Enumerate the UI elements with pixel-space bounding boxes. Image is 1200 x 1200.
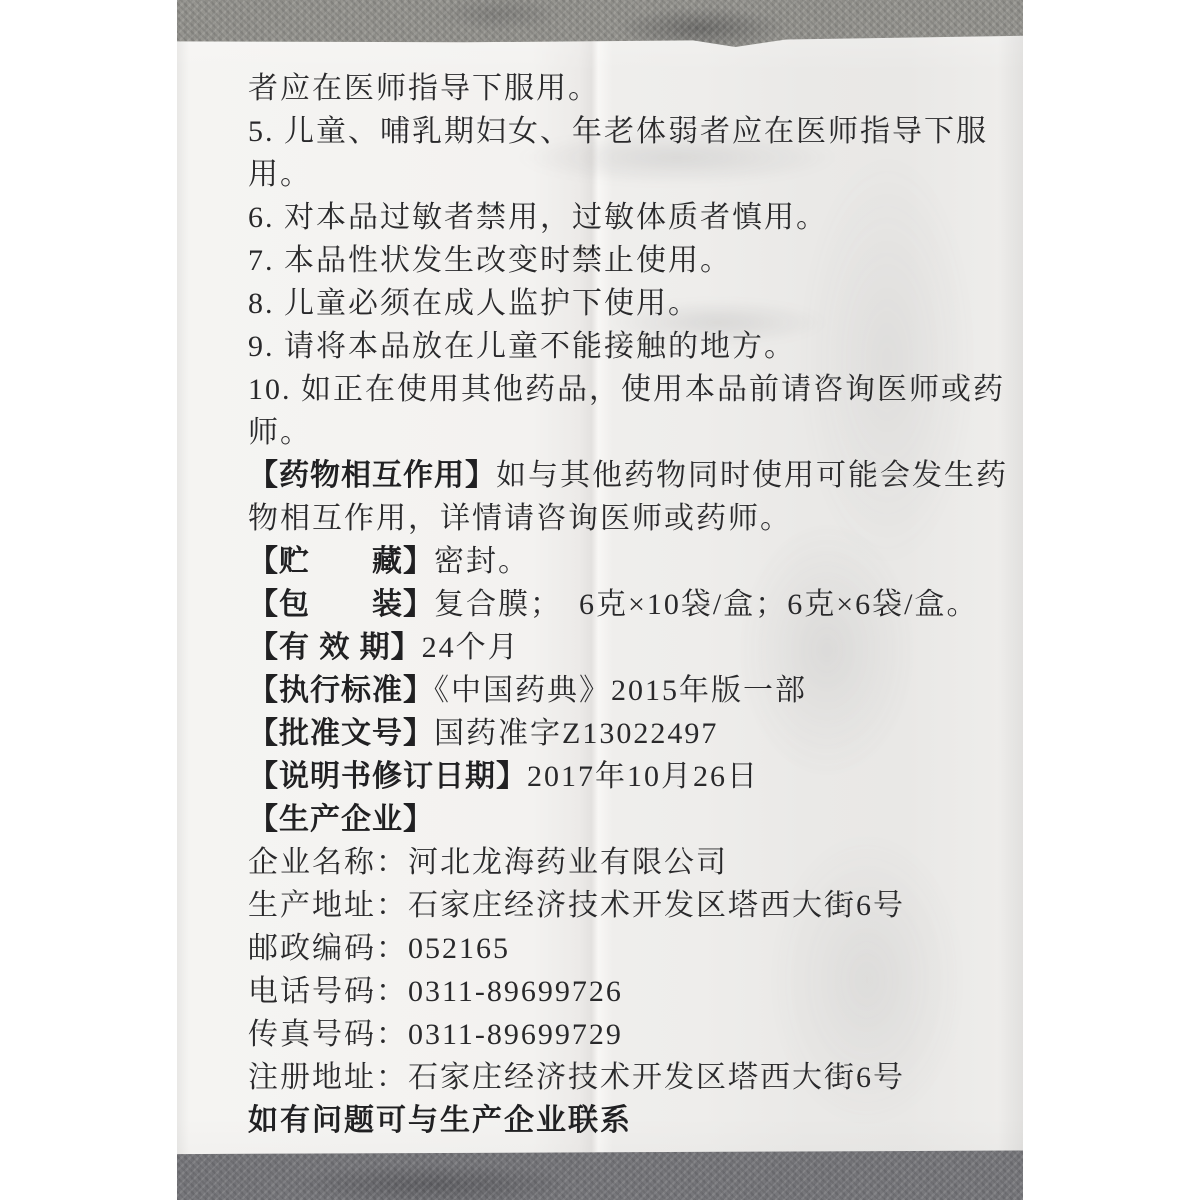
text-line: 用。: [248, 153, 993, 196]
field-value: 6. 对本品过敏者禁用，过敏体质者慎用。: [248, 201, 828, 234]
field-label: 【药物相互作用】: [248, 459, 496, 492]
text-line: 师。: [248, 411, 993, 454]
field-value: 10. 如正在使用其他药品，使用本品前请咨询医师或药: [248, 373, 1005, 406]
text-line: 物相互作用，详情请咨询医师或药师。: [248, 497, 993, 540]
field-value: 师。: [248, 416, 312, 449]
field-label: 【贮 藏】: [248, 545, 434, 578]
text-line: 【执行标准】《中国药典》2015年版一部: [248, 669, 993, 712]
field-value: 传真号码：0311-89699729: [248, 1018, 623, 1051]
field-label: 【说明书修订日期】: [248, 760, 527, 793]
field-value: 24个月: [422, 631, 520, 664]
field-value: 密封。: [434, 545, 530, 578]
text-line: 【有 效 期】24个月: [248, 626, 993, 669]
field-label: 【执行标准】: [248, 674, 434, 707]
insert-photo: 者应在医师指导下服用。5. 儿童、哺乳期妇女、年老体弱者应在医师指导下服用。6.…: [177, 0, 1023, 1200]
text-line: 【批准文号】国药准字Z13022497: [248, 712, 993, 755]
field-label: 【包 装】: [248, 588, 434, 621]
text-line: 6. 对本品过敏者禁用，过敏体质者慎用。: [248, 196, 993, 239]
text-line: 如有问题可与生产企业联系: [248, 1099, 993, 1142]
field-value: 注册地址：石家庄经济技术开发区塔西大街6号: [248, 1061, 905, 1094]
text-line: 5. 儿童、哺乳期妇女、年老体弱者应在医师指导下服: [248, 110, 993, 153]
field-value: 企业名称：河北龙海药业有限公司: [248, 846, 728, 879]
field-value: 电话号码：0311-89699726: [248, 975, 623, 1008]
background-fabric-bottom: [177, 1149, 1023, 1200]
text-line: 传真号码：0311-89699729: [248, 1013, 993, 1056]
field-value: 《中国药典》2015年版一部: [434, 674, 807, 707]
field-value: 者应在医师指导下服用。: [248, 72, 600, 105]
field-label: 【有 效 期】: [248, 631, 422, 664]
text-line: 7. 本品性状发生改变时禁止使用。: [248, 239, 993, 282]
field-value: 用。: [248, 158, 312, 191]
field-label: 【批准文号】: [248, 717, 434, 750]
field-value: 8. 儿童必须在成人监护下使用。: [248, 287, 700, 320]
text-line: 企业名称：河北龙海药业有限公司: [248, 841, 993, 884]
text-line: 电话号码：0311-89699726: [248, 970, 993, 1013]
text-line: 【包 装】复合膜； 6克×10袋/盒；6克×6袋/盒。: [248, 583, 993, 626]
field-value: 2017年10月26日: [527, 760, 759, 793]
screenshot-canvas: 者应在医师指导下服用。5. 儿童、哺乳期妇女、年老体弱者应在医师指导下服用。6.…: [0, 0, 1200, 1200]
field-value: 邮政编码：052165: [248, 932, 510, 965]
text-line: 生产地址：石家庄经济技术开发区塔西大街6号: [248, 884, 993, 927]
text-line: 【药物相互作用】如与其他药物同时使用可能会发生药: [248, 454, 993, 497]
text-line: 注册地址：石家庄经济技术开发区塔西大街6号: [248, 1056, 993, 1099]
field-value: 复合膜； 6克×10袋/盒；6克×6袋/盒。: [434, 588, 979, 621]
field-label: 【生产企业】: [248, 803, 434, 836]
text-line: 8. 儿童必须在成人监护下使用。: [248, 282, 993, 325]
field-value: 如与其他药物同时使用可能会发生药: [496, 459, 1008, 492]
insert-text: 者应在医师指导下服用。5. 儿童、哺乳期妇女、年老体弱者应在医师指导下服用。6.…: [248, 67, 993, 1142]
field-value: 如有问题可与生产企业联系: [248, 1104, 632, 1137]
field-value: 7. 本品性状发生改变时禁止使用。: [248, 244, 732, 277]
text-line: 邮政编码：052165: [248, 927, 993, 970]
field-value: 生产地址：石家庄经济技术开发区塔西大街6号: [248, 889, 905, 922]
field-value: 国药准字Z13022497: [434, 717, 718, 750]
field-value: 物相互作用，详情请咨询医师或药师。: [248, 502, 792, 535]
field-value: 9. 请将本品放在儿童不能接触的地方。: [248, 330, 796, 363]
text-line: 【生产企业】: [248, 798, 993, 841]
text-line: 【说明书修订日期】2017年10月26日: [248, 755, 993, 798]
text-line: 者应在医师指导下服用。: [248, 67, 993, 110]
text-line: 【贮 藏】密封。: [248, 540, 993, 583]
text-line: 10. 如正在使用其他药品，使用本品前请咨询医师或药: [248, 368, 993, 411]
text-line: 9. 请将本品放在儿童不能接触的地方。: [248, 325, 993, 368]
field-value: 5. 儿童、哺乳期妇女、年老体弱者应在医师指导下服: [248, 115, 988, 148]
